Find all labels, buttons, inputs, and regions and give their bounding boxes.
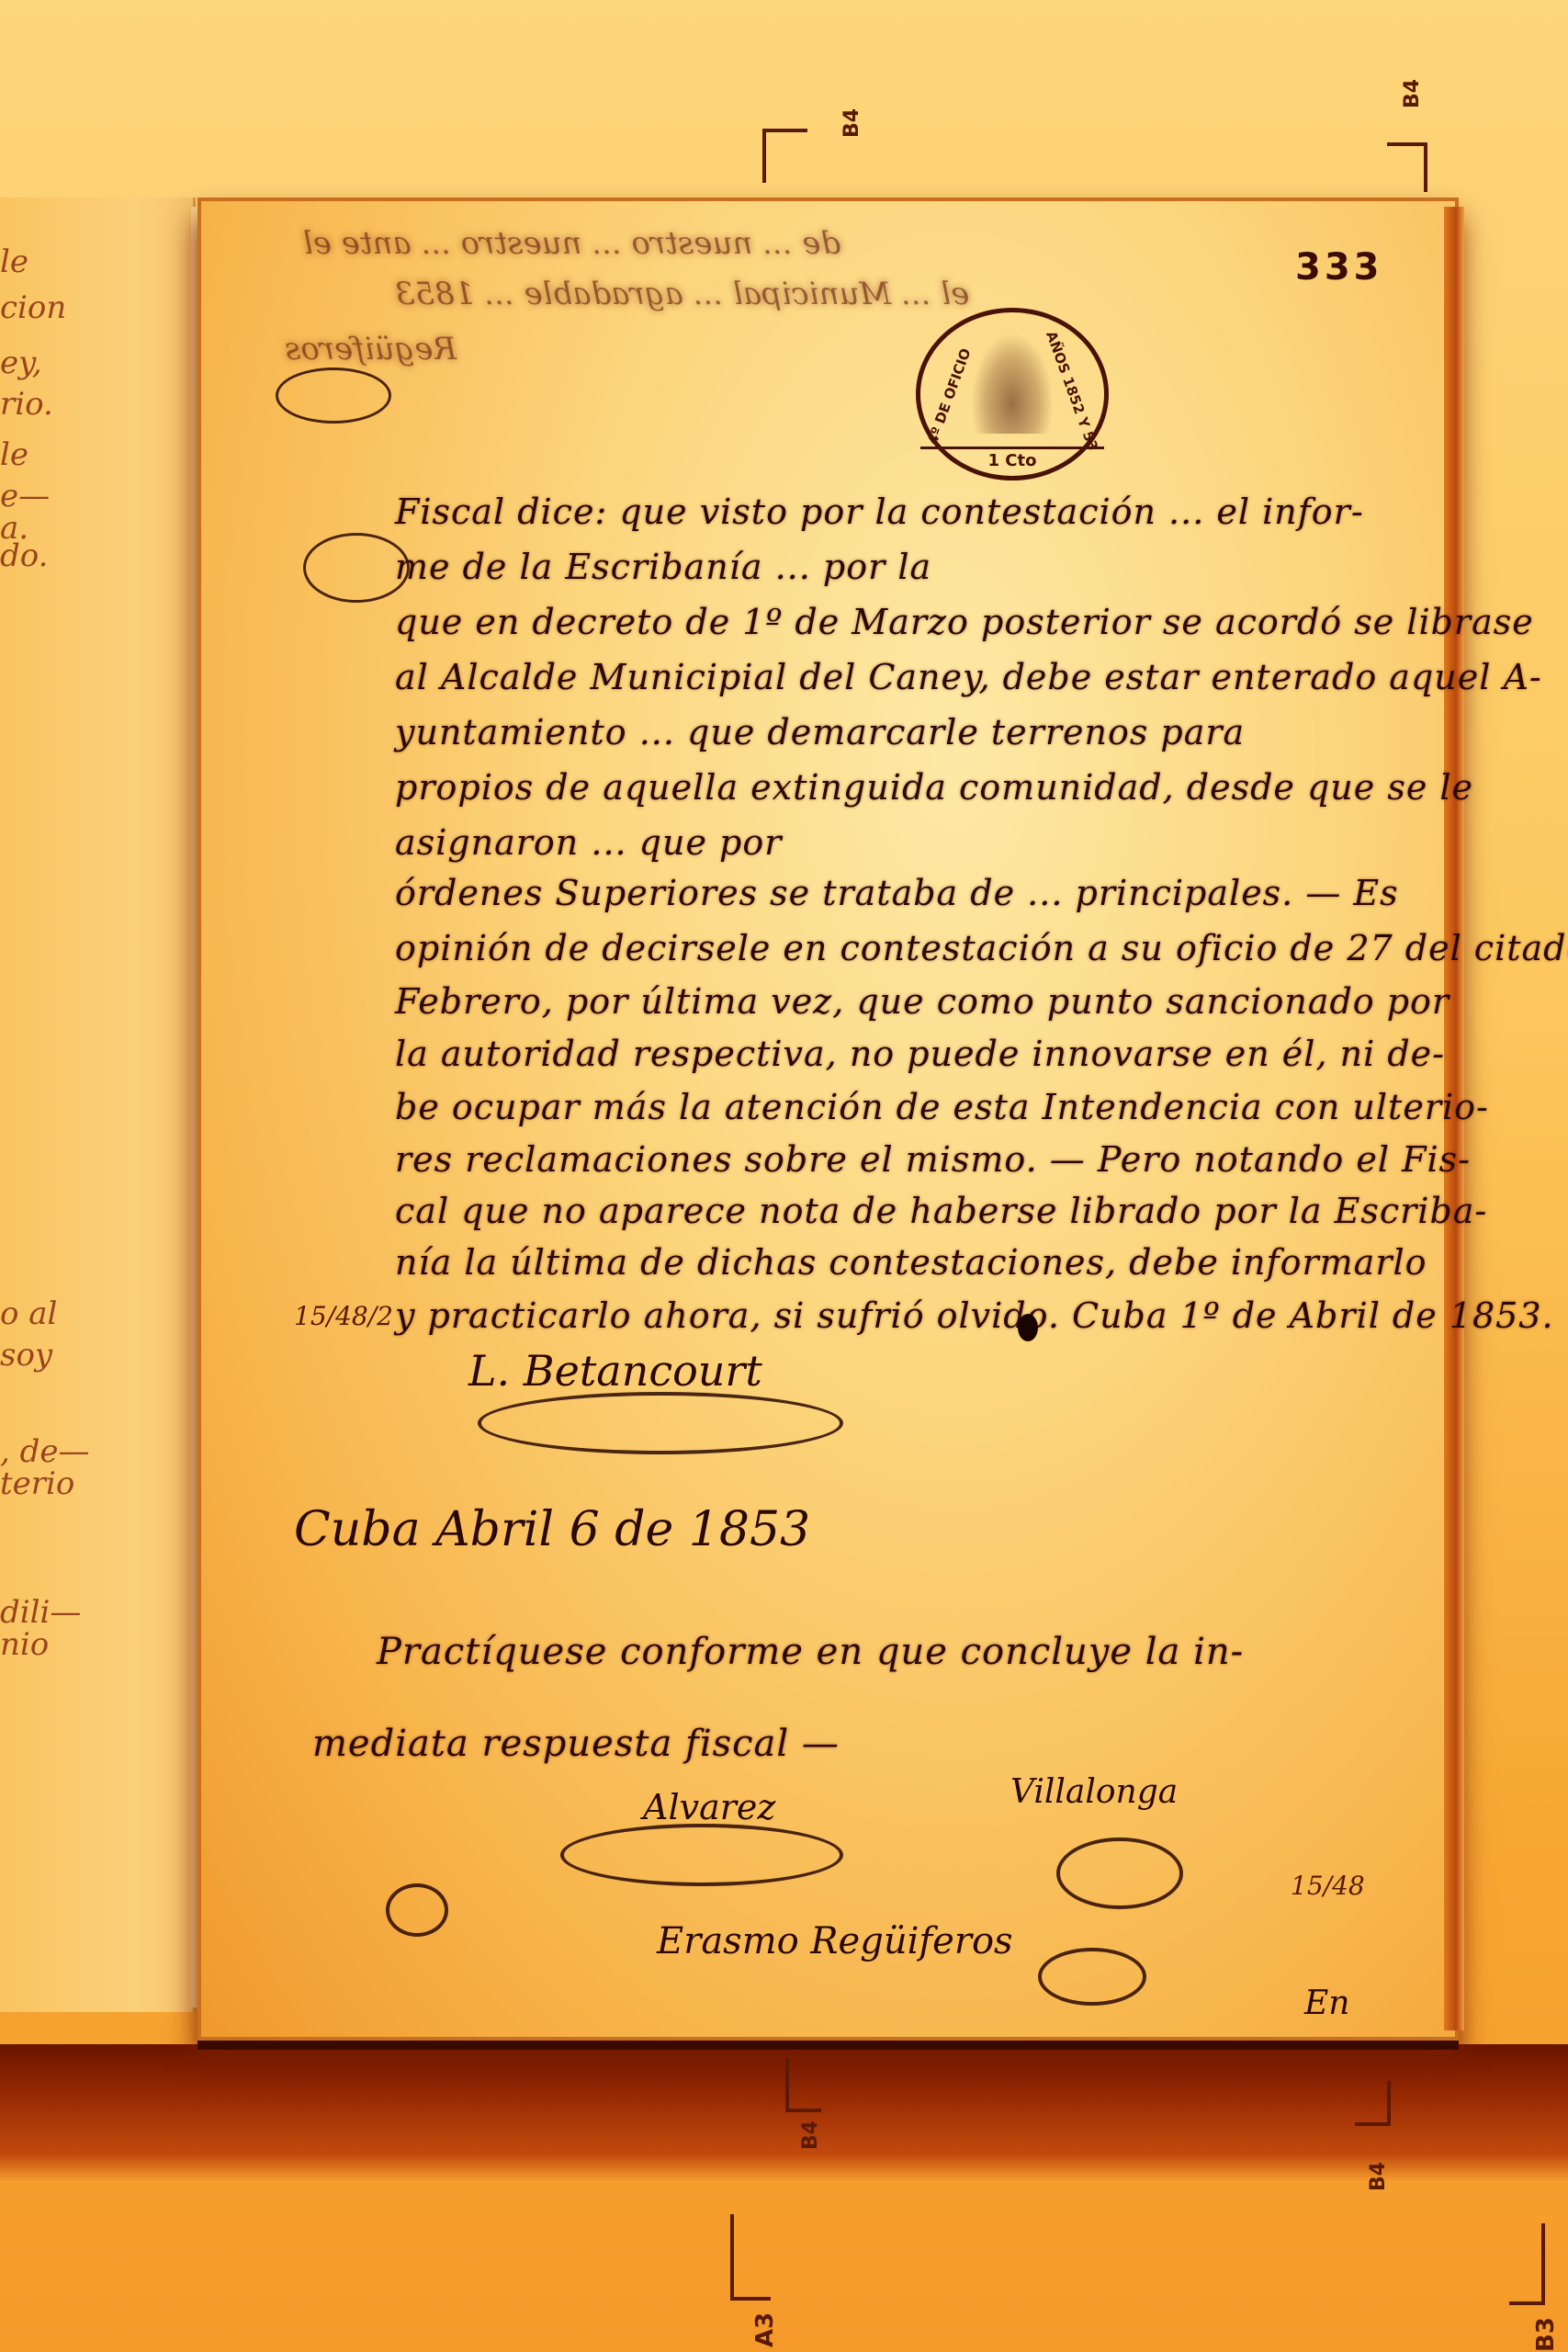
decree-date: Cuba Abril 6 de 1853	[294, 1502, 810, 1557]
bleed-through-text: Regüiferos	[285, 331, 457, 367]
rubric-flourish	[386, 1883, 448, 1937]
left-page-fragment: le	[0, 436, 28, 473]
crop-mark	[1387, 142, 1427, 192]
left-page-fragment: le	[0, 243, 28, 280]
crop-label: B4	[1401, 79, 1424, 108]
body-line: yuntamiento ... que demarcarle terrenos …	[395, 712, 1245, 752]
bleed-through-text: de ... nuestro ... nuestro ... ante el	[303, 225, 840, 262]
left-page-fragment: e—	[0, 478, 50, 514]
left-page-fragment: soy	[0, 1337, 52, 1374]
crop-label: B4	[799, 2120, 822, 2150]
body-line: me de la Escribanía ... por la	[395, 547, 931, 587]
left-page-fragment: o al	[0, 1295, 57, 1332]
crop-label: B4	[840, 108, 863, 138]
signature-flourish	[1056, 1837, 1183, 1909]
body-line: nía la última de dichas contestaciones, …	[395, 1242, 1427, 1283]
crop-label: B4	[1367, 2162, 1390, 2191]
left-page-fragment: rio.	[0, 386, 53, 423]
body-line: la autoridad respectiva, no puede innova…	[395, 1034, 1445, 1074]
body-line: be ocupar más la atención de esta Intend…	[395, 1087, 1489, 1127]
stamp-value: 1 Cto	[920, 447, 1104, 470]
margin-flourish	[276, 367, 391, 424]
crop-mark	[730, 2214, 771, 2301]
left-page-fragment: ey,	[0, 345, 42, 381]
margin-flourish	[303, 533, 410, 603]
body-line: asignaron ... que por	[395, 822, 782, 863]
signature-alvarez: Alvarez	[643, 1787, 775, 1827]
ink-blot	[1018, 1314, 1038, 1341]
left-page-fragment: do.	[0, 537, 48, 574]
crop-mark	[1509, 2223, 1545, 2305]
left-facing-page: le cion ey, rio. le e— a. do. o al soy ,…	[0, 198, 196, 2012]
body-line: que en decreto de 1º de Marzo posterior …	[395, 602, 1534, 642]
left-page-fragment: dili—	[0, 1594, 81, 1631]
body-line: cal que no aparece nota de haberse libra…	[395, 1191, 1487, 1231]
decree-line: Practíquese conforme en que concluye la …	[377, 1631, 1244, 1673]
left-page-fragment: cion	[0, 289, 66, 326]
page-shadow	[0, 2044, 1568, 2182]
margin-fraction: 15/48/2	[294, 1305, 331, 1329]
signature-regueiferos: Erasmo Regüiferos	[657, 1920, 1013, 1962]
decree-line: mediata respuesta fiscal —	[312, 1723, 840, 1765]
crop-mark	[785, 2058, 821, 2112]
crop-mark	[762, 129, 807, 183]
body-line: órdenes Superiores se trataba de ... pri…	[395, 873, 1399, 913]
signature-flourish	[560, 1824, 843, 1886]
crop-mark	[1355, 2081, 1391, 2126]
bleed-through-text: el ... Municipal ... agradable ... 1853	[395, 276, 969, 312]
left-page-fragment: nio	[0, 1626, 49, 1663]
margin-initial: En	[1304, 1984, 1349, 2022]
body-line: al Alcalde Municipial del Caney, debe es…	[395, 657, 1542, 697]
signature-flourish	[478, 1392, 843, 1454]
folio-number: 333	[1295, 246, 1383, 288]
signature-flourish	[1038, 1948, 1146, 2006]
body-line: Febrero, por última vez, que como punto …	[395, 981, 1450, 1022]
body-line: Fiscal dice: que visto por la contestaci…	[395, 492, 1364, 532]
body-line: propios de aquella extinguida comunidad,…	[395, 767, 1473, 808]
left-page-fragment: , de—	[0, 1433, 90, 1470]
body-line: res reclamaciones sobre el mismo. — Pero…	[395, 1139, 1471, 1180]
seated-figure-emblem-icon	[971, 333, 1054, 434]
official-stamp: 4º DE OFICIO AÑOS 1852 Y 53 1 Cto	[916, 308, 1109, 481]
signature-betancourt: L. Betancourt	[468, 1346, 762, 1396]
body-line: opinión de decirsele en contestación a s…	[395, 928, 1568, 968]
left-page-fragment: terio	[0, 1465, 74, 1502]
signature-villalonga: Villalonga	[1010, 1773, 1178, 1811]
body-line: y practicarlo ahora, si sufrió olvido. C…	[395, 1295, 1554, 1336]
margin-fraction: 15/48	[1291, 1874, 1318, 1898]
crop-label: A3	[751, 2312, 779, 2347]
crop-label: B3	[1532, 2317, 1560, 2352]
stamp-left-text: 4º DE OFICIO	[924, 346, 975, 447]
